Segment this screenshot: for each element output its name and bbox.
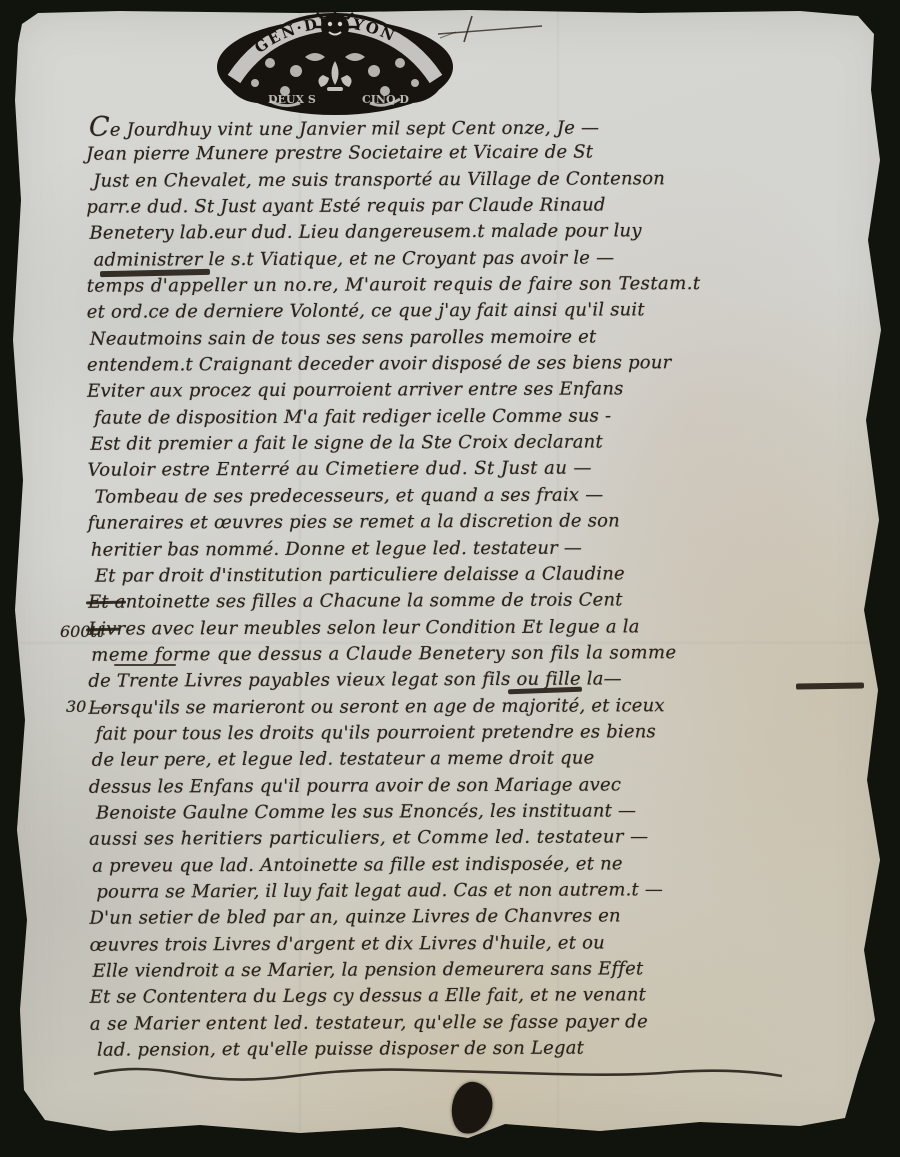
manuscript-line: dessus les Enfans qu'il pourra avoir de …	[89, 773, 875, 803]
closing-flourish	[90, 1058, 790, 1088]
manuscript-line: œuvres trois Livres d'argent et dix Livr…	[89, 931, 875, 961]
manuscript-line: fait pour tous les droits qu'ils pourroi…	[96, 720, 875, 750]
stamp-denomination-right: CINQ D	[362, 93, 409, 106]
manuscript-line: Et se Contentera du Legs cy dessus a Ell…	[90, 984, 876, 1014]
manuscript-line: Elle viendroit a se Marier, la pension d…	[93, 957, 876, 987]
generalite-de-lyon-stamp: GEN·DE·LYON DEUX S CINQ D	[210, 5, 460, 120]
manuscript-line: administrer le s.t Viatique, et ne Croya…	[94, 246, 873, 276]
manuscript-line: a se Marier entent led. testateur, qu'el…	[90, 1010, 876, 1040]
manuscript-line: aussi ses heritiers particuliers, et Com…	[89, 826, 875, 856]
manuscript-line: D'un setier de bled par an, quinze Livre…	[89, 905, 875, 935]
manuscript-line: heritier bas nommé. Donne et legue led. …	[91, 536, 874, 566]
margin-note-30-livres: 30 —	[66, 697, 107, 716]
manuscript-line: Et antoinette ses filles a Chacune la so…	[88, 588, 874, 618]
manuscript-text-block: Ce Jourdhuy vint une Janvier mil sept Ce…	[86, 114, 876, 1066]
manuscript-line: Livres avec leur meubles selon leur Cond…	[88, 615, 874, 645]
manuscript-line: Tombeau de ses predecesseurs, et quand a…	[95, 483, 874, 513]
manuscript-line: Est dit premier a fait le signe de la St…	[90, 430, 873, 460]
manuscript-line: Jean pierre Munere prestre Societaire et…	[86, 141, 872, 171]
manuscript-line: entendem.t Craignant deceder avoir dispo…	[87, 351, 873, 381]
manuscript-line: Et par droit d'institution particuliere …	[95, 562, 874, 592]
manuscript-line: Vouloir estre Enterré au Cimetiere dud. …	[87, 457, 873, 487]
manuscript-line: Ce Jourdhuy vint une Janvier mil sept Ce…	[89, 114, 872, 144]
manuscript-line: faute de disposition M'a fait rediger ic…	[94, 404, 873, 434]
manuscript-line: Neautmoins sain de tous ses sens parolle…	[90, 325, 873, 355]
manuscript-line: et ord.ce de derniere Volonté, ce que j'…	[87, 299, 873, 329]
manuscript-line: de leur pere, et legue led. testateur a …	[92, 747, 875, 777]
manuscript-line: Benoiste Gaulne Comme les sus Enoncés, l…	[96, 799, 875, 829]
manuscript-scan: GEN·DE·LYON DEUX S CINQ D Ce Jourdhuy vi…	[0, 0, 900, 1157]
ink-underline	[114, 664, 176, 666]
manuscript-line: temps d'appeller un no.re, M'auroit requ…	[87, 272, 873, 302]
manuscript-line: funeraires et œuvres pies se remet a la …	[88, 509, 874, 539]
manuscript-line: parr.e dud. St Just ayant Esté requis pa…	[86, 193, 872, 223]
manuscript-line: a preveu que lad. Antoinette sa fille es…	[92, 852, 875, 882]
stamp-denomination-left: DEUX S	[268, 93, 316, 106]
manuscript-line: Benetery lab.eur dud. Lieu dangereusem.t…	[89, 220, 872, 250]
manuscript-line: Eviter aux procez qui pourroient arriver…	[87, 378, 873, 408]
manuscript-line: de Trente Livres payables vieux legat so…	[88, 668, 874, 698]
manuscript-line: pourra se Marier, il luy fait legat aud.…	[96, 878, 875, 908]
manuscript-line: Just en Chevalet, me suis transporté au …	[93, 167, 872, 197]
manuscript-line: Lorsqu'ils se marieront ou seront en age…	[88, 694, 874, 724]
ink-strikethrough	[796, 682, 864, 689]
margin-note-600-livres: 600tt	[60, 622, 103, 641]
manuscript-line: meme forme que dessus a Claude Benetery …	[91, 641, 874, 671]
